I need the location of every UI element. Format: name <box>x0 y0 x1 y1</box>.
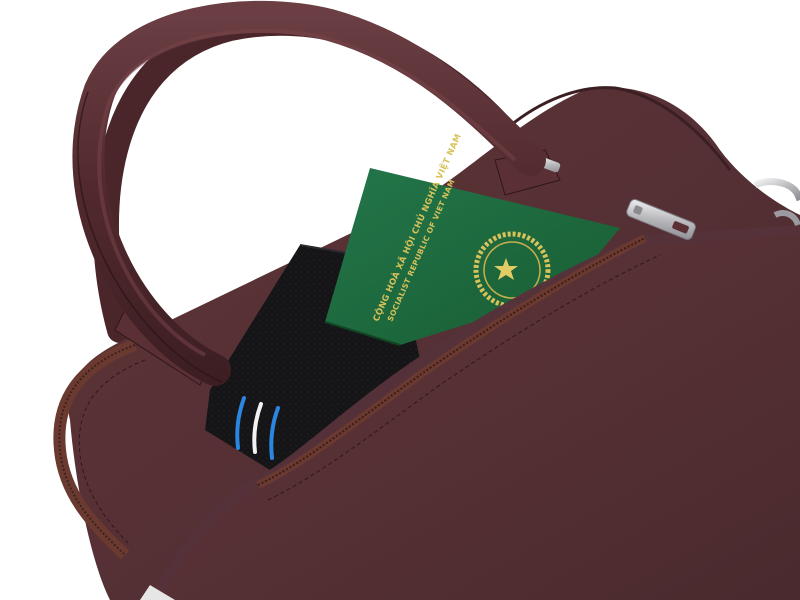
handbag-photo: CỘNG HOÀ XÃ HỘI CHỦ NGHĨA VIỆT NAM SOCIA… <box>0 0 800 600</box>
